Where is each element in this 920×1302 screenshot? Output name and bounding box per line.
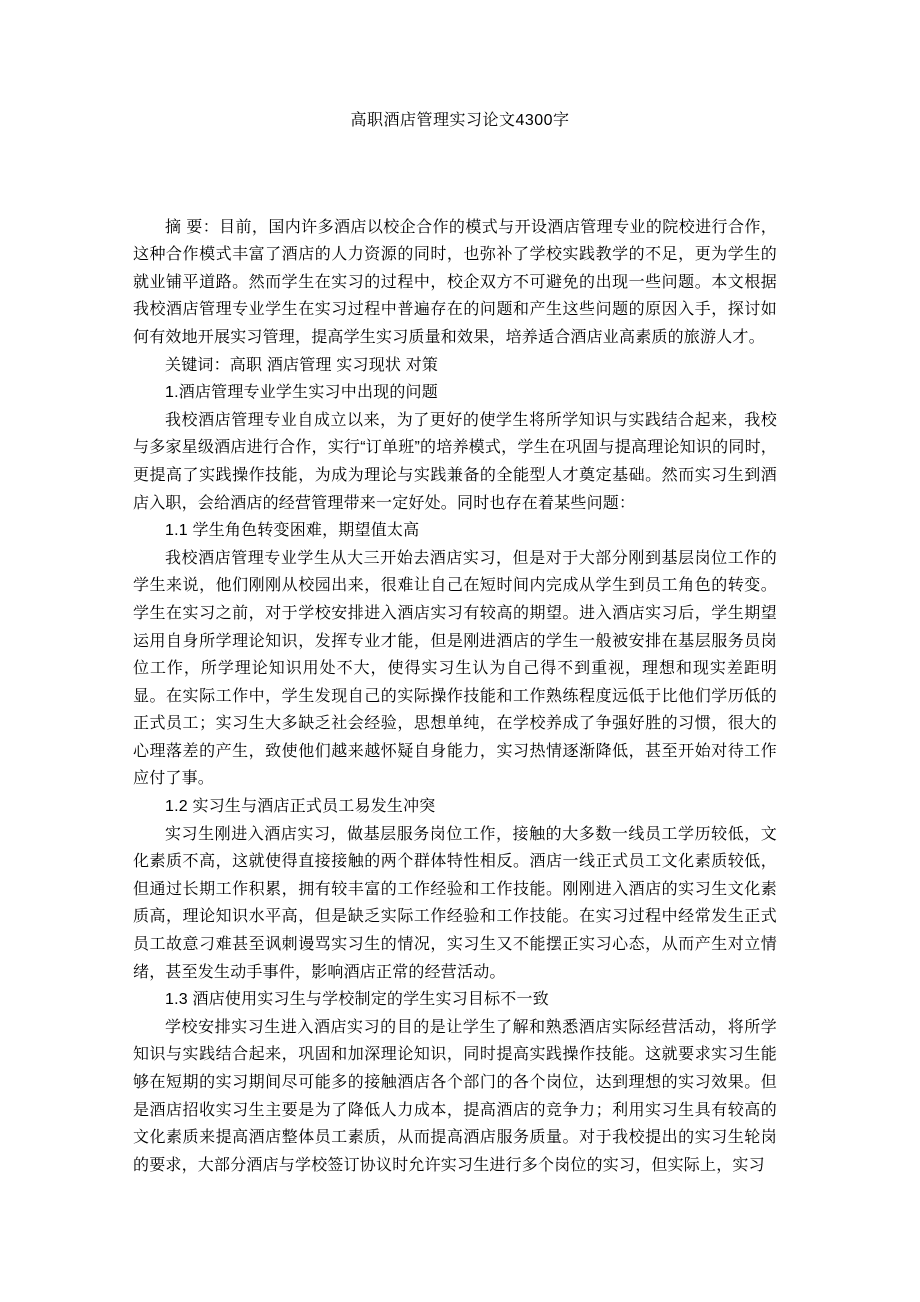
document-page: 高职酒店管理实习论文4300字 摘 要：目前，国内许多酒店以校企合作的模式与开设… [0, 0, 920, 1302]
section-heading-1-1: 1.1 学生角色转变困难，期望值太高 [133, 517, 777, 545]
abstract-paragraph: 摘 要：目前，国内许多酒店以校企合作的模式与开设酒店管理专业的院校进行合作，这种… [133, 214, 777, 352]
section-heading-1-3: 1.3 酒店使用实习生与学校制定的学生实习目标不一致 [133, 986, 777, 1014]
body-paragraph: 实习生刚进入酒店实习，做基层服务岗位工作，接触的大多数一线员工学历较低，文化素质… [133, 821, 777, 987]
section-heading-1-2: 1.2 实习生与酒店正式员工易发生冲突 [133, 793, 777, 821]
document-body: 摘 要：目前，国内许多酒店以校企合作的模式与开设酒店管理专业的院校进行合作，这种… [133, 214, 777, 1180]
keywords-line: 关键词：高职 酒店管理 实习现状 对策 [133, 352, 777, 380]
document-title: 高职酒店管理实习论文4300字 [0, 0, 920, 135]
section-heading-1: 1.酒店管理专业学生实习中出现的问题 [133, 379, 777, 407]
body-paragraph: 我校酒店管理专业自成立以来，为了更好的使学生将所学知识与实践结合起来，我校与多家… [133, 407, 777, 517]
body-paragraph: 我校酒店管理专业学生从大三开始去酒店实习，但是对于大部分刚到基层岗位工作的学生来… [133, 545, 777, 793]
body-paragraph: 学校安排实习生进入酒店实习的目的是让学生了解和熟悉酒店实际经营活动，将所学知识与… [133, 1014, 777, 1180]
